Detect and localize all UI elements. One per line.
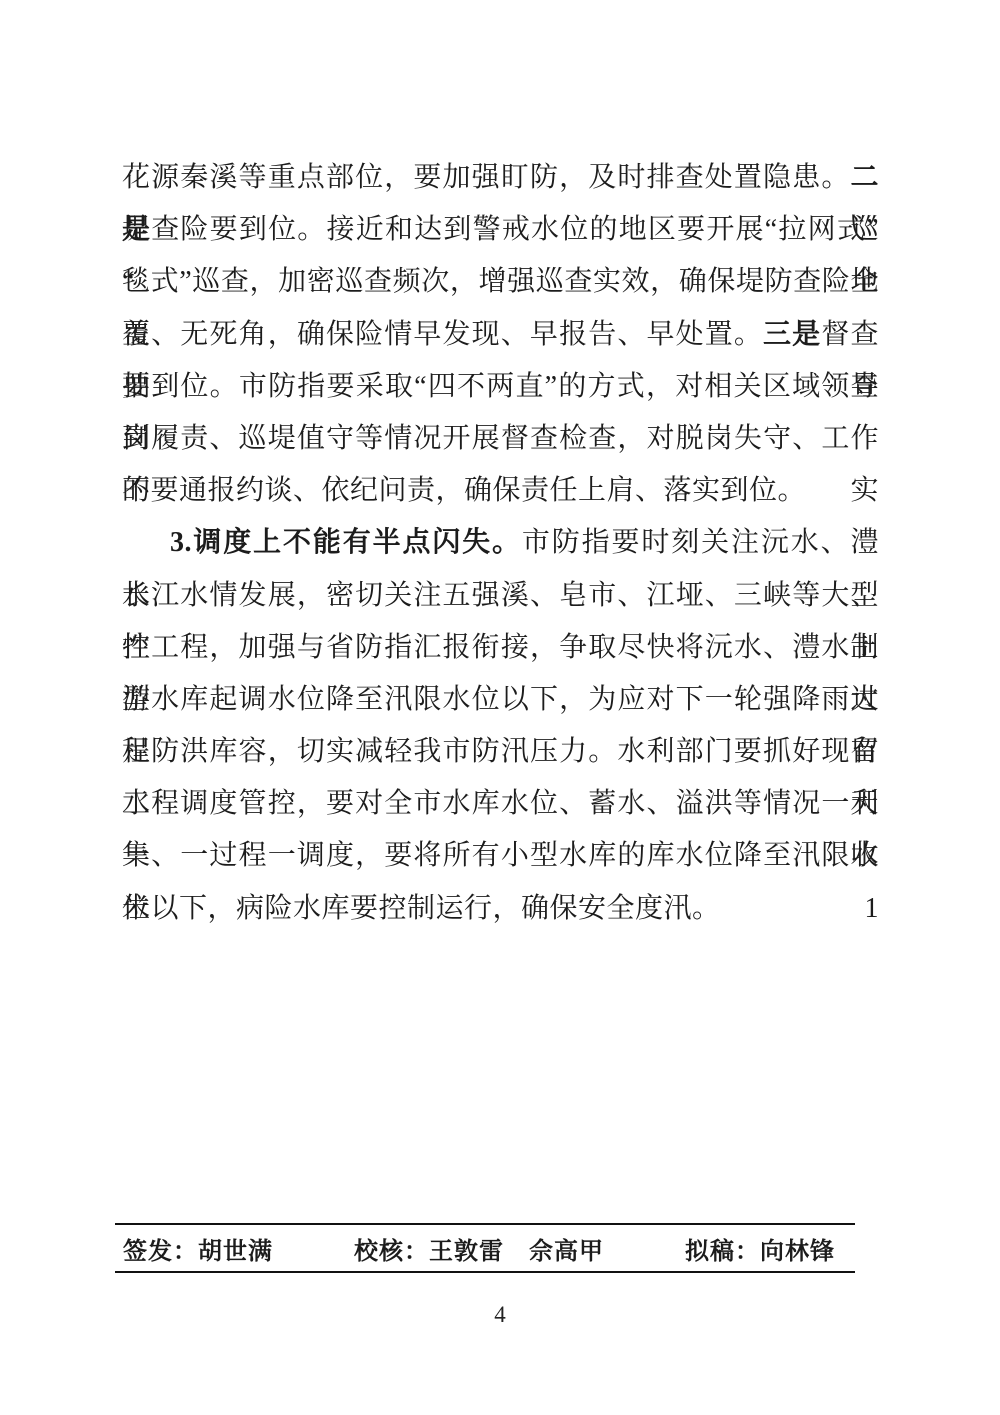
text-line: 盖、无死角，确保险情早发现、早报告、早处置。三是督查抽查 <box>122 309 879 361</box>
signoff-reviewer-label: 校核： <box>354 1239 429 1265</box>
signoff-reviewer: 校核：王敦雷 佘高甲 <box>354 1231 604 1266</box>
text-segment: 花源秦溪等重点部位，要加强盯防，及时排查处置隐患。 <box>122 162 850 193</box>
text-line: 工程调度管控，要对全市水库水位、蓄水、溢洪等情况一天一收 <box>122 778 879 830</box>
signoff-row: 签发：胡世满 校核：王敦雷 佘高甲 拟稿：向林锋 <box>115 1225 855 1271</box>
text-line: 堤查险要到位。接近和达到警戒水位的地区要开展“拉网式”“地 <box>122 204 879 256</box>
text-line: 要到位。市防指要采取“四不两直”的方式，对相关区域领导到 <box>122 361 879 413</box>
signoff-drafter-label: 拟稿： <box>685 1239 760 1265</box>
text-line: 性工程，加强与省防指汇报衔接，争取尽快将沅水、澧水上游大 <box>122 622 879 674</box>
text-segment: 盖、无死角，确保险情早发现、早报告、早处置。 <box>122 319 763 350</box>
text-line: 足防洪库容，切实减轻我市防汛压力。水利部门要抓好现有水利 <box>122 726 879 778</box>
signoff-issuer: 签发：胡世满 <box>123 1231 273 1266</box>
footer-rule-bottom <box>115 1271 855 1273</box>
footer-signoff-block: 签发：胡世满 校核：王敦雷 佘高甲 拟稿：向林锋 <box>115 1223 855 1273</box>
text-line: 的要通报约谈、依纪问责，确保责任上肩、落实到位。 <box>122 465 879 517</box>
text-line: 花源秦溪等重点部位，要加强盯防，及时排查处置隐患。二是巡 <box>122 152 879 204</box>
signoff-issuer-name: 胡世满 <box>198 1239 273 1265</box>
signoff-drafter: 拟稿：向林锋 <box>685 1231 835 1266</box>
bold-text-segment: 3.调度上不能有半点闪失。 <box>170 527 522 558</box>
signoff-reviewer-names: 王敦雷 佘高甲 <box>429 1239 604 1265</box>
text-line: 3.调度上不能有半点闪失。市防指要时刻关注沅水、澧水、 <box>122 517 879 569</box>
page-number: 4 <box>0 1302 1000 1328</box>
text-segment: 的要通报约谈、依纪问责，确保责任上肩、落实到位。 <box>122 475 806 506</box>
text-line: 长江水情发展，密切关注五强溪、皂市、江垭、三峡等大型控制 <box>122 570 879 622</box>
text-segment: 米以下，病险水库要控制运行，确保安全度汛。 <box>122 893 721 924</box>
text-line: 型水库起调水位降至汛限水位以下，为应对下一轮强降雨过程留 <box>122 674 879 726</box>
document-body: 花源秦溪等重点部位，要加强盯防，及时排查处置隐患。二是巡堤查险要到位。接近和达到… <box>122 152 879 935</box>
text-line: 集、一过程一调度，要将所有小型水库的库水位降至汛限水位 1 <box>122 830 879 882</box>
bold-text-segment: 三是 <box>763 319 821 350</box>
text-line: 岗履责、巡堤值守等情况开展督查检查，对脱岗失守、工作不实 <box>122 413 879 465</box>
text-line: 毯式”巡查，加密巡查频次，增强巡查实效，确保堤防查险全覆 <box>122 256 879 308</box>
document-page: 花源秦溪等重点部位，要加强盯防，及时排查处置隐患。二是巡堤查险要到位。接近和达到… <box>0 0 1000 1415</box>
signoff-drafter-name: 向林锋 <box>760 1239 835 1265</box>
signoff-issuer-label: 签发： <box>123 1239 198 1265</box>
